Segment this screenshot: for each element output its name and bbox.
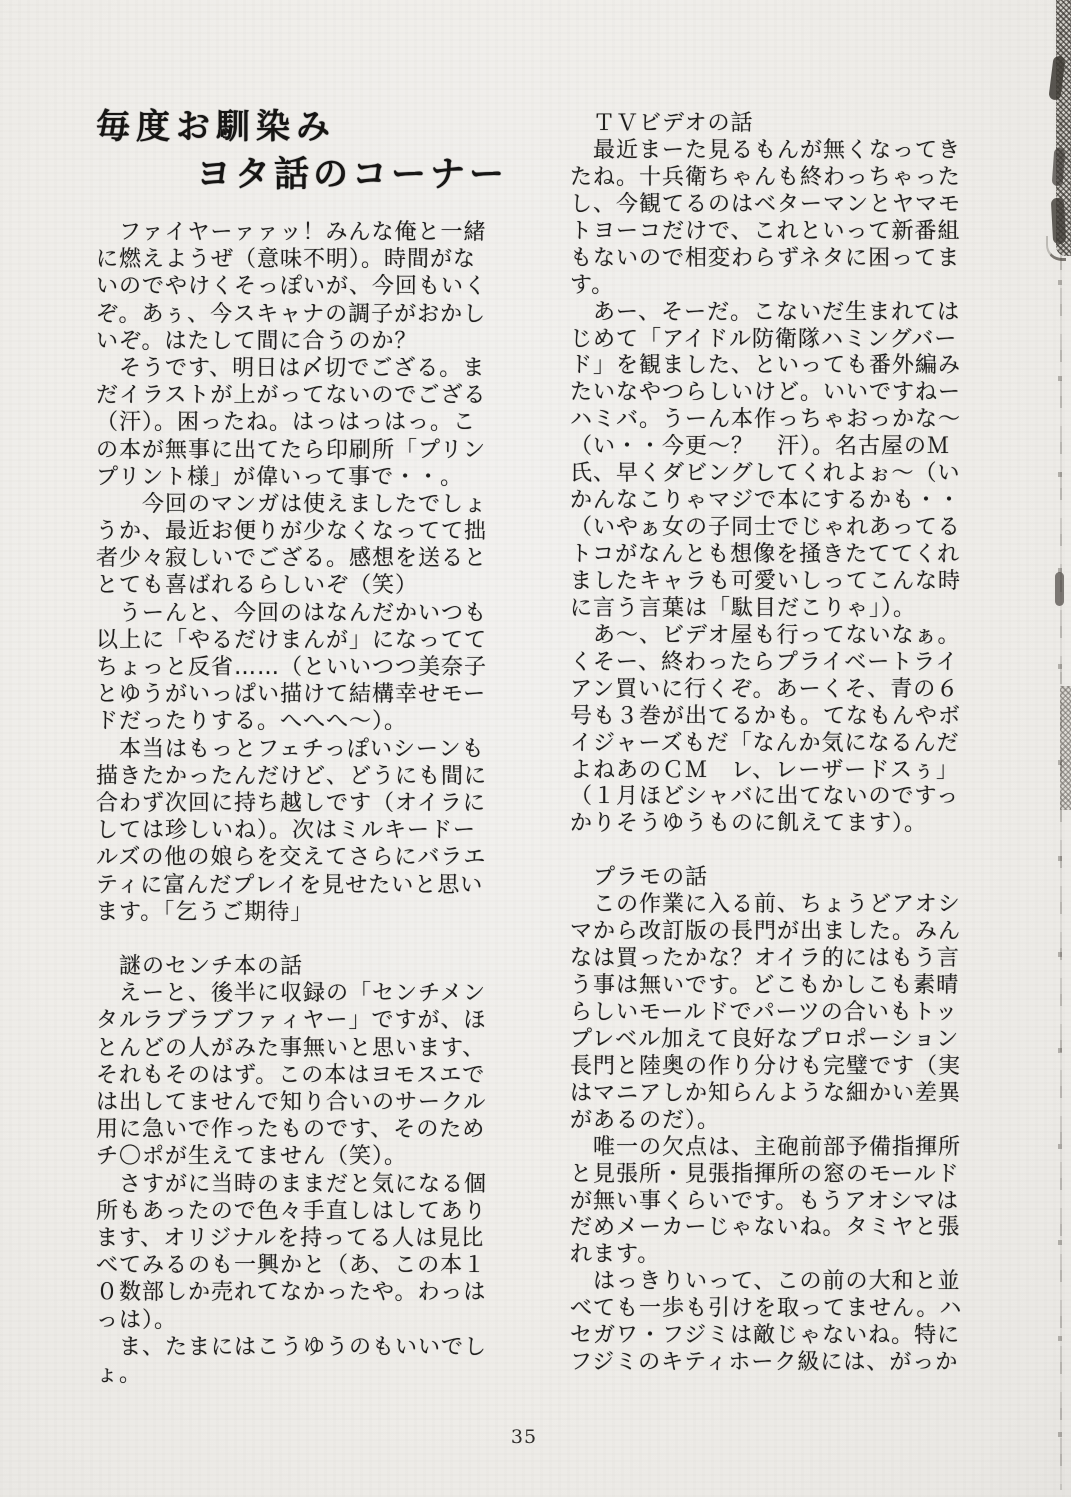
text-line: が無い事くらいです。もうアオシマは [570,1189,1000,1216]
text-line: ルズの他の娘らを交えてさらにバラエ [96,844,526,871]
text-line: ましたキャラも可愛いしってこんな時 [570,569,1000,596]
text-line: （汗）。困ったね。はっはっはっ。こ [96,409,526,436]
text-line: うか、最近お便りが少なくなってて拙 [96,518,526,545]
text-line: う事は無いです。どこもかしこも素晴 [570,973,1000,1000]
text-line: プレベル加えて良好なプロポーション [570,1027,1000,1054]
text-line: ファイヤーァァッ！みんな俺と一緒 [96,219,526,246]
text-line: ドだったりする。へへへ〜）。 [96,708,526,735]
text-line: （１月ほどシャバに出てないのですっ [570,784,1000,811]
text-line: とんどの人がみた事無いと思います、 [96,1035,526,1062]
text-line: べても一歩も引けを取ってません。ハ [570,1296,1000,1323]
text-line: あー、そーだ。こないだ生まれては [570,300,1000,327]
text-line: 最近まーた見るもんが無くなってき [570,138,1000,165]
text-line: はマニアしか知らんような細かい差異 [570,1081,1000,1108]
text-line: らしいモールドでパーツの合いもトッ [570,1000,1000,1027]
text-line: とても喜ばれるらしいぞ（笑） [96,572,526,599]
text-line: 今回のマンガは使えましたでしょ [96,491,526,518]
text-line: くそー、終わったらプライベートライ [570,650,1000,677]
text-line: ちょっと反省……（といいつつ美奈子 [96,654,526,681]
text-line: セガワ・フジミは敵じゃないね。特に [570,1323,1000,1350]
text-line: ぞ。あぅ、今スキャナの調子がおかし [96,301,526,328]
text-line: もないので相変わらずネタに困ってま [570,246,1000,273]
text-line: さすがに当時のままだと気になる個 [96,1171,526,1198]
text-line: っは）。 [96,1307,526,1334]
text-line: （い・・今更〜？ 汗）。名古屋のＭ [570,434,1000,461]
text-line: かんなこりゃマジで本にするかも・・ [570,488,1000,515]
text-line: うーんと、今回のはなんだかいつも [96,600,526,627]
text-line: ＴＶビデオの話 [570,111,1000,138]
text-line: 合わず次回に持ち越しです（オイラに [96,790,526,817]
scan-artifact-dots [1058,280,1062,1470]
text-line: 本当はもっとフェチっぽいシーンも [96,736,526,763]
text-line: す。 [570,273,1000,300]
text-line: この作業に入る前、ちょうどアオシ [570,892,1000,919]
text-line: そうです、明日は〆切でござる。ま [96,355,526,382]
text-line: ティに富んだプレイを見せたいと思い [96,872,526,899]
text-line: なは買ったかな？オイラ的にはもう言 [570,946,1000,973]
text-line: プラモの話 [570,865,1000,892]
text-line: チ〇ポが生えてません（笑）。 [96,1143,526,1170]
text-line: イジャーズもだ「なんか気になるんだ [570,731,1000,758]
text-line: はっきりいって、この前の大和と並 [570,1269,1000,1296]
text-line: ０数部しか売れてなかったや。わっは [96,1279,526,1306]
text-line: たね。十兵衛ちゃんも終わっちゃった [570,165,1000,192]
text-line: マから改訂版の長門が出ました。みん [570,919,1000,946]
text-line: じめて「アイドル防衛隊ハミングバー [570,327,1000,354]
page-title-line-2: ヨタ話のコーナー [196,152,508,198]
text-column-left: ファイヤーァァッ！みんな俺と一緒に燃えようぜ（意味不明）。時間がないのでやけくそ… [96,219,526,1388]
text-line: だイラストが上がってないのでござる [96,382,526,409]
text-line: 以上に「やるだけまんが」になってて [96,627,526,654]
text-line: 描きたかったんだけど、どうにも間に [96,763,526,790]
text-line [96,926,526,953]
page-title: 毎度お馴染み ヨタ話のコーナー [96,104,508,198]
text-line: ド」を観ました、といっても番外編み [570,353,1000,380]
text-line: トヨーコだけで、これといって新番組 [570,219,1000,246]
text-line: たいなやつらしいけど。いいですねー [570,380,1000,407]
text-line: 用に急いで作ったものです、そのため [96,1116,526,1143]
text-line: 謎のセンチ本の話 [96,953,526,980]
text-line: があるのだ）。 [570,1108,1000,1135]
text-line: は出してませんで知り合いのサークル [96,1089,526,1116]
text-line: ます、オリジナルを持ってる人は見比 [96,1225,526,1252]
text-line: （いやぁ女の子同士でじゃれあってる [570,515,1000,542]
text-line: とゆうがいっぱい描けて結構幸せモー [96,681,526,708]
text-line: 者少々寂しいでござる。感想を送ると [96,545,526,572]
text-line: かりそうゆうものに飢えてます）。 [570,811,1000,838]
text-line: よねあのＣＭ レ、レーザードスぅ」 [570,758,1000,785]
scanned-doujinshi-page: 毎度お馴染み ヨタ話のコーナー ファイヤーァァッ！みんな俺と一緒に燃えようぜ（意… [0,0,1071,1497]
text-line: れます。 [570,1242,1000,1269]
page-title-line-1: 毎度お馴染み [96,104,508,150]
text-line: プリント様」が偉いって事で・・。 [96,464,526,491]
text-line: トコがなんとも想像を掻きたててくれ [570,542,1000,569]
text-line: べてみるのも一興かと（あ、この本１ [96,1252,526,1279]
text-line: フジミのキティホーク級には、がっか [570,1350,1000,1377]
text-line: タルラブラブファィヤー」ですが、ほ [96,1007,526,1034]
text-line [570,838,1000,865]
text-line: 長門と陸奥の作り分けも完璧です（実 [570,1054,1000,1081]
text-line: ハミバ。うーん本作っちゃおっかな〜 [570,407,1000,434]
text-line: あ〜、ビデオ屋も行ってないなぁ。 [570,623,1000,650]
text-line: 所もあったので色々手直しはしてあり [96,1198,526,1225]
text-line: いぞ。はたして間に合うのか？ [96,328,526,355]
text-line: の本が無事に出てたら印刷所「プリン [96,437,526,464]
text-line: し、今観てるのはベターマンとヤマモ [570,192,1000,219]
text-line: それもそのはず。この本はヨモスエで [96,1062,526,1089]
text-line: ます。「乞うご期待」 [96,899,526,926]
text-line: 号も３巻が出てるかも。てなもんやボ [570,704,1000,731]
text-line: と見張所・見張指揮所の窓のモールド [570,1162,1000,1189]
text-line: アン買いに行くぞ。あーくそ、青の６ [570,677,1000,704]
text-line: いのでやけくそっぽいが、今回もいく [96,273,526,300]
text-line: 氏、早くダビングしてくれよぉ〜（い [570,461,1000,488]
page-number: 35 [498,1426,550,1448]
text-line: 唯一の欠点は、主砲前部予備指揮所 [570,1135,1000,1162]
text-line: えーと、後半に収録の「センチメン [96,980,526,1007]
text-line: しては珍しいね）。次はミルキードー [96,817,526,844]
text-line: だめメーカーじゃないね。タミヤと張 [570,1215,1000,1242]
text-line: ま、たまにはこうゆうのもいいでし [96,1334,526,1361]
text-line: に言う言葉は「駄目だこりゃ」）。 [570,596,1000,623]
text-line: ょ。 [96,1361,526,1388]
scan-artifact [1046,236,1066,261]
text-column-right: ＴＶビデオの話 最近まーた見るもんが無くなってきたね。十兵衛ちゃんも終わっちゃっ… [570,111,1000,1377]
text-line: に燃えようぜ（意味不明）。時間がな [96,246,526,273]
